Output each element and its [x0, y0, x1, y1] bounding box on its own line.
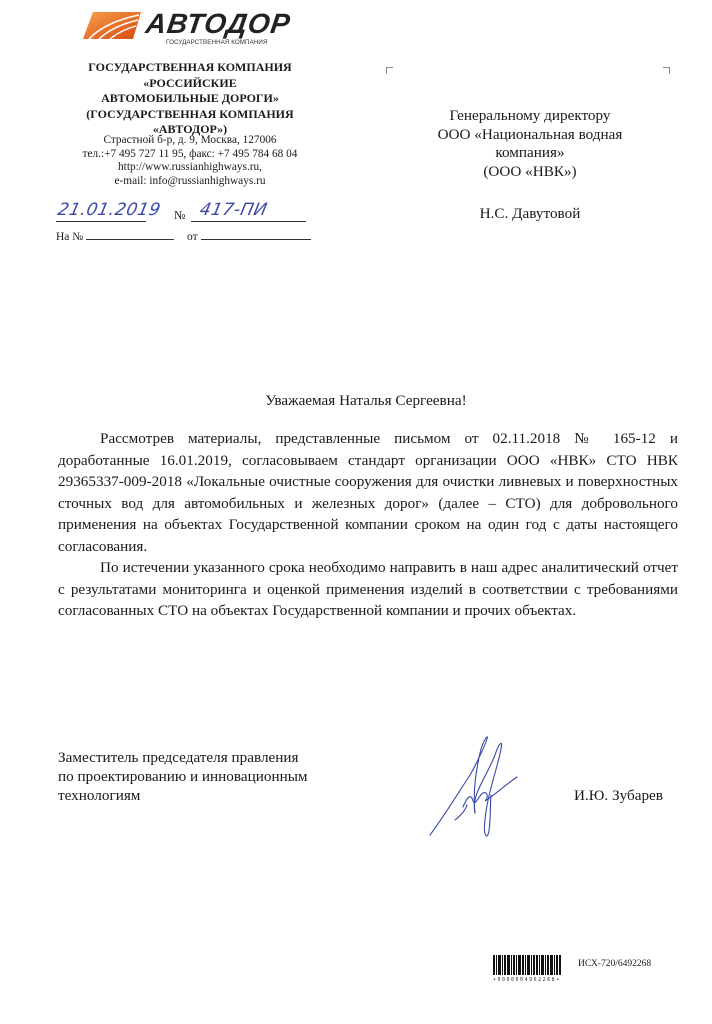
salutation: Уважаемая Наталья Сергеевна! [0, 392, 712, 410]
signer-name: И.Ю. Зубарев [574, 787, 663, 805]
recipient-line: Генеральному директору [430, 107, 630, 126]
number-underline [191, 221, 306, 222]
org-line: АВТОМОБИЛЬНЫЕ ДОРОГИ» [40, 91, 340, 107]
barcode [493, 955, 573, 975]
road-logo-icon [83, 12, 141, 39]
ref-number-label: На № [56, 231, 83, 243]
website-link[interactable]: http://www.russianhighways.ru, [40, 161, 340, 175]
ref-date-blank [201, 239, 311, 240]
number-label: № [174, 208, 185, 223]
signer-title: Заместитель председателя правления по пр… [58, 748, 308, 805]
date-underline [56, 221, 146, 222]
recipient-line: компания» [430, 144, 630, 163]
body-paragraph: По истечении указанного срока необходимо… [58, 557, 678, 622]
reference-row: На № от [56, 231, 311, 243]
org-line: ГОСУДАРСТВЕННАЯ КОМПАНИЯ [40, 60, 340, 76]
recipient-line: ООО «Национальная водная [430, 126, 630, 145]
recipient-line: (ООО «НВК») [430, 163, 630, 182]
address-corner-mark [386, 67, 393, 74]
address-corner-mark [663, 67, 670, 74]
body-paragraph: Рассмотрев материалы, представленные пис… [58, 428, 678, 557]
recipient-name: Н.С. Давутовой [430, 205, 630, 223]
recipient-block: Генеральному директору ООО «Национальная… [430, 107, 630, 181]
outgoing-number: ИСХ-720/6492268 [578, 959, 651, 969]
logo-subtitle: ГОСУДАРСТВЕННАЯ КОМПАНИЯ [166, 39, 268, 46]
signer-title-line: Заместитель председателя правления [58, 748, 308, 767]
contact-phone-fax: тел.:+7 495 727 11 95, факс: +7 495 784 … [40, 148, 340, 162]
sender-organization: ГОСУДАРСТВЕННАЯ КОМПАНИЯ «РОССИЙСКИЕ АВТ… [40, 60, 340, 138]
signer-title-line: по проектированию и инновационным [58, 767, 308, 786]
autodor-logo: АВТОДОР ГОСУДАРСТВЕННАЯ КОМПАНИЯ [80, 9, 280, 45]
email-link[interactable]: e-mail: info@russianhighways.ru [40, 175, 340, 189]
address-line: Страстной б-р, д. 9, Москва, 127006 [40, 134, 340, 148]
handwritten-number: 417-ПИ [198, 200, 269, 220]
org-line: (ГОСУДАРСТВЕННАЯ КОМПАНИЯ [40, 107, 340, 123]
ref-number-blank [86, 239, 174, 240]
logo-wordmark: АВТОДОР [144, 9, 293, 39]
sender-address: Страстной б-р, д. 9, Москва, 127006 тел.… [40, 134, 340, 188]
org-line: «РОССИЙСКИЕ [40, 76, 340, 92]
barcode-digits: •0000004962268• [493, 977, 561, 983]
signer-title-line: технологиям [58, 786, 308, 805]
registration-row: 21.01.2019 № 417-ПИ [56, 200, 316, 224]
ref-from-label: от [187, 231, 198, 243]
handwritten-signature [425, 735, 525, 845]
letter-body: Рассмотрев материалы, представленные пис… [58, 428, 678, 622]
handwritten-date: 21.01.2019 [56, 200, 163, 220]
